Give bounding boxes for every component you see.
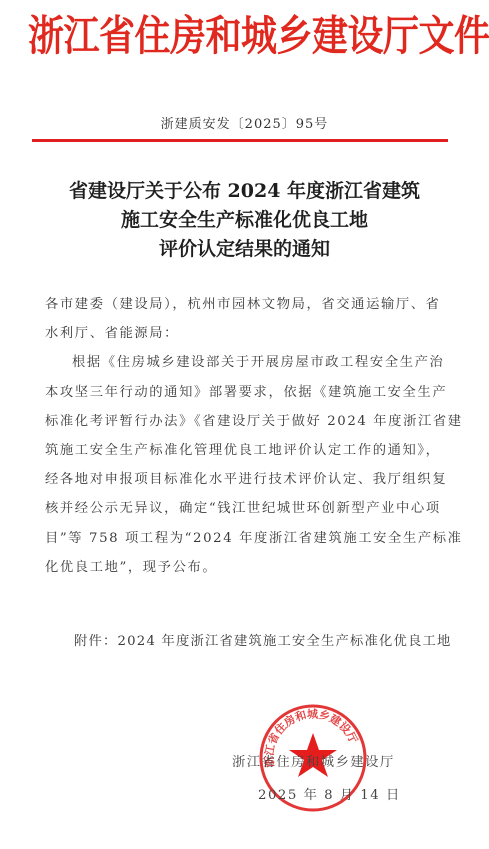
notice-body: 各市建委（建设局），杭州市园林文物局，省交通运输厅、省 水利厅、省能源局： 根据… [45, 290, 447, 582]
body-line-3: 标准化考评暂行办法》《省建设厅关于做好 2024 年度浙江省建 [45, 407, 447, 436]
addressee-line-2: 水利厅、省能源局： [45, 319, 447, 348]
body-line-1: 根据《住房城乡建设部关于开展房屋市政工程安全生产治 [45, 348, 447, 377]
notice-title-line-2: 施工安全生产标准化优良工地 [0, 206, 489, 235]
addressee-line-1: 各市建委（建设局），杭州市园林文物局，省交通运输厅、省 [45, 290, 447, 319]
body-line-7: 目”等 758 项工程为“2024 年度浙江省建筑施工安全生产标准 [45, 524, 447, 553]
issuer-name: 浙江省住房和城乡建设厅 [232, 751, 395, 770]
notice-title: 省建设厅关于公布 2024 年度浙江省建筑 施工安全生产标准化优良工地 评价认定… [0, 177, 489, 264]
body-line-6: 核并经公示无异议，确定“钱江世纪城世环创新型产业中心项 [45, 494, 447, 523]
document-number: 浙建质安发〔2025〕95号 [0, 113, 489, 132]
body-line-8: 化优良工地”，现予公布。 [45, 553, 447, 582]
issue-date: 2025 年 8 月 14 日 [258, 784, 401, 803]
body-line-5: 经各地对申报项目标准化水平进行技术评价认定、我厅组织复 [45, 465, 447, 494]
attachment-line: 附件：2024 年度浙江省建筑施工安全生产标准化优良工地 [74, 630, 452, 649]
document-header-title: 浙江省住房和城乡建设厅文件 [28, 2, 448, 71]
notice-title-line-3: 评价认定结果的通知 [0, 235, 489, 264]
body-line-2: 本攻坚三年行动的通知》部署要求，依据《建筑施工安全生产 [45, 378, 447, 407]
body-line-4: 筑施工安全生产标准化管理优良工地评价认定工作的通知》， [45, 436, 447, 465]
red-divider-line [32, 139, 448, 142]
notice-title-line-1: 省建设厅关于公布 2024 年度浙江省建筑 [0, 177, 489, 206]
